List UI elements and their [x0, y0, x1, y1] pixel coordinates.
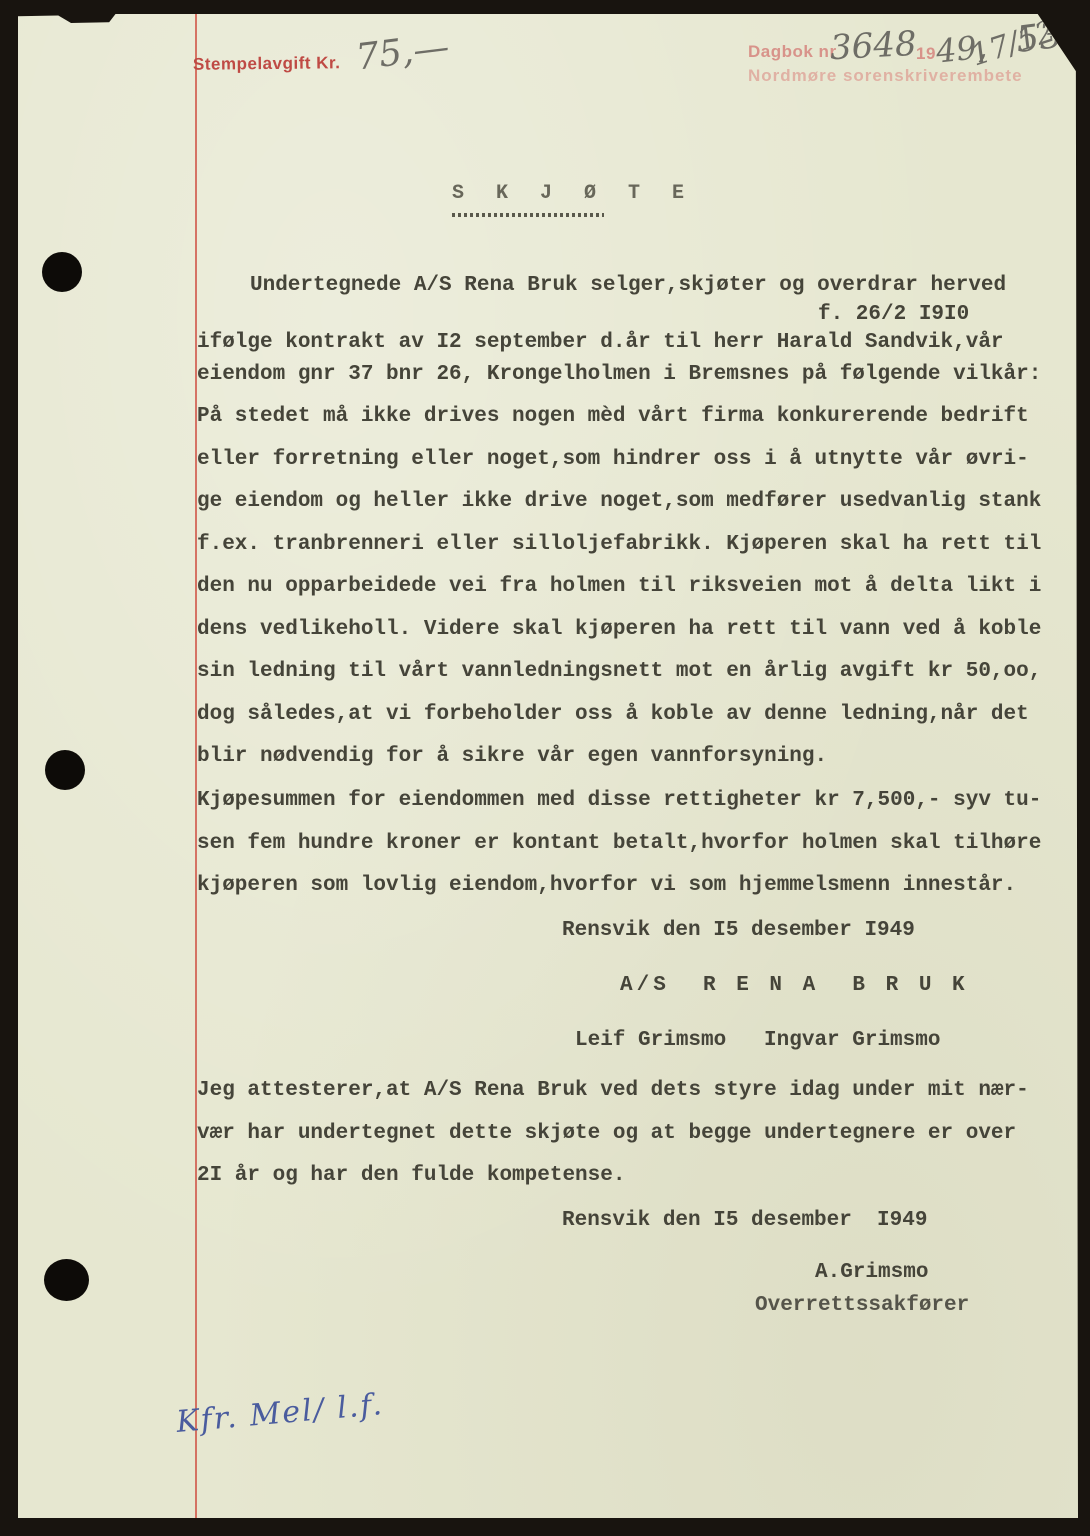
body-line: kjøperen som lovlig eiendom,hvorfor vi s… — [197, 874, 1016, 897]
body-line: ifølge kontrakt av I2 september d.år til… — [197, 331, 1004, 354]
signatures-typed: Leif Grimsmo Ingvar Grimsmo — [575, 1029, 940, 1052]
attestation-line: vær har undertegnet dette skjøte og at b… — [197, 1122, 1016, 1145]
attestation-line: 2I år og har den fulde kompetense. — [197, 1164, 625, 1187]
stamp-duty-label: Stempelavgift Kr. — [193, 53, 341, 75]
page-number-handwritten: 539 — [1014, 12, 1087, 61]
body-line: På stedet må ikke drives nogen mèd vårt … — [197, 405, 1029, 428]
body-line: dog således,at vi forbeholder oss å kobl… — [197, 703, 1029, 726]
dateline-first: Rensvik den I5 desember I949 — [562, 919, 915, 942]
body-line: Kjøpesummen for eiendommen med disse ret… — [197, 789, 1041, 812]
body-line: dens vedlikeholl. Videre skal kjøperen h… — [197, 618, 1041, 641]
hole-punch-middle — [45, 750, 85, 790]
body-line: eller forretning eller noget,som hindrer… — [197, 448, 1029, 471]
journal-stamp-label: Dagbok nr — [748, 42, 837, 62]
attestation-line: Jeg attesterer,at A/S Rena Bruk ved dets… — [197, 1079, 1029, 1102]
body-line: f.ex. tranbrenneri eller silloljefabrikk… — [197, 533, 1041, 556]
body-line: sen fem hundre kroner er kontant betalt,… — [197, 832, 1041, 855]
attestor-signature: A.Grimsmo — [815, 1261, 928, 1284]
hole-punch-bottom — [44, 1259, 89, 1301]
archival-note-handwritten: Kfr. Mel/ l.f. — [175, 1387, 385, 1440]
stamp-duty-amount-handwritten: 75,— — [354, 26, 452, 78]
body-line-inserted: f. 26/2 I9I0 — [818, 303, 969, 326]
body-line: sin ledning til vårt vannledningsnett mo… — [197, 660, 1041, 683]
body-line: eiendom gnr 37 bnr 26, Krongelholmen i B… — [197, 363, 1041, 386]
journal-year-stamp: 19 — [916, 44, 936, 64]
journal-number-handwritten: 3648 — [829, 24, 918, 68]
attestor-title: Overrettssakfører — [755, 1294, 969, 1317]
body-line: Undertegnede A/S Rena Bruk selger,skjøte… — [250, 274, 1006, 297]
document-page: Stempelavgift Kr. 75,— Dagbok nr 3648 19… — [18, 14, 1078, 1518]
scanned-document: Stempelavgift Kr. 75,— Dagbok nr 3648 19… — [0, 0, 1090, 1536]
body-line: blir nødvendig for å sikre vår egen vann… — [197, 745, 827, 768]
body-line: den nu opparbeidede vei fra holmen til r… — [197, 575, 1041, 598]
hole-punch-top — [42, 252, 82, 292]
document-title: S K J Ø T E — [452, 182, 694, 205]
company-signature: A/S R E N A B R U K — [620, 974, 969, 997]
body-line: ge eiendom og heller ikke drive noget,so… — [197, 490, 1041, 513]
office-stamp: Nordmøre sorenskriverembete — [748, 66, 1023, 86]
dateline-second: Rensvik den I5 desember I949 — [562, 1209, 927, 1232]
title-underline-dots — [452, 213, 604, 217]
